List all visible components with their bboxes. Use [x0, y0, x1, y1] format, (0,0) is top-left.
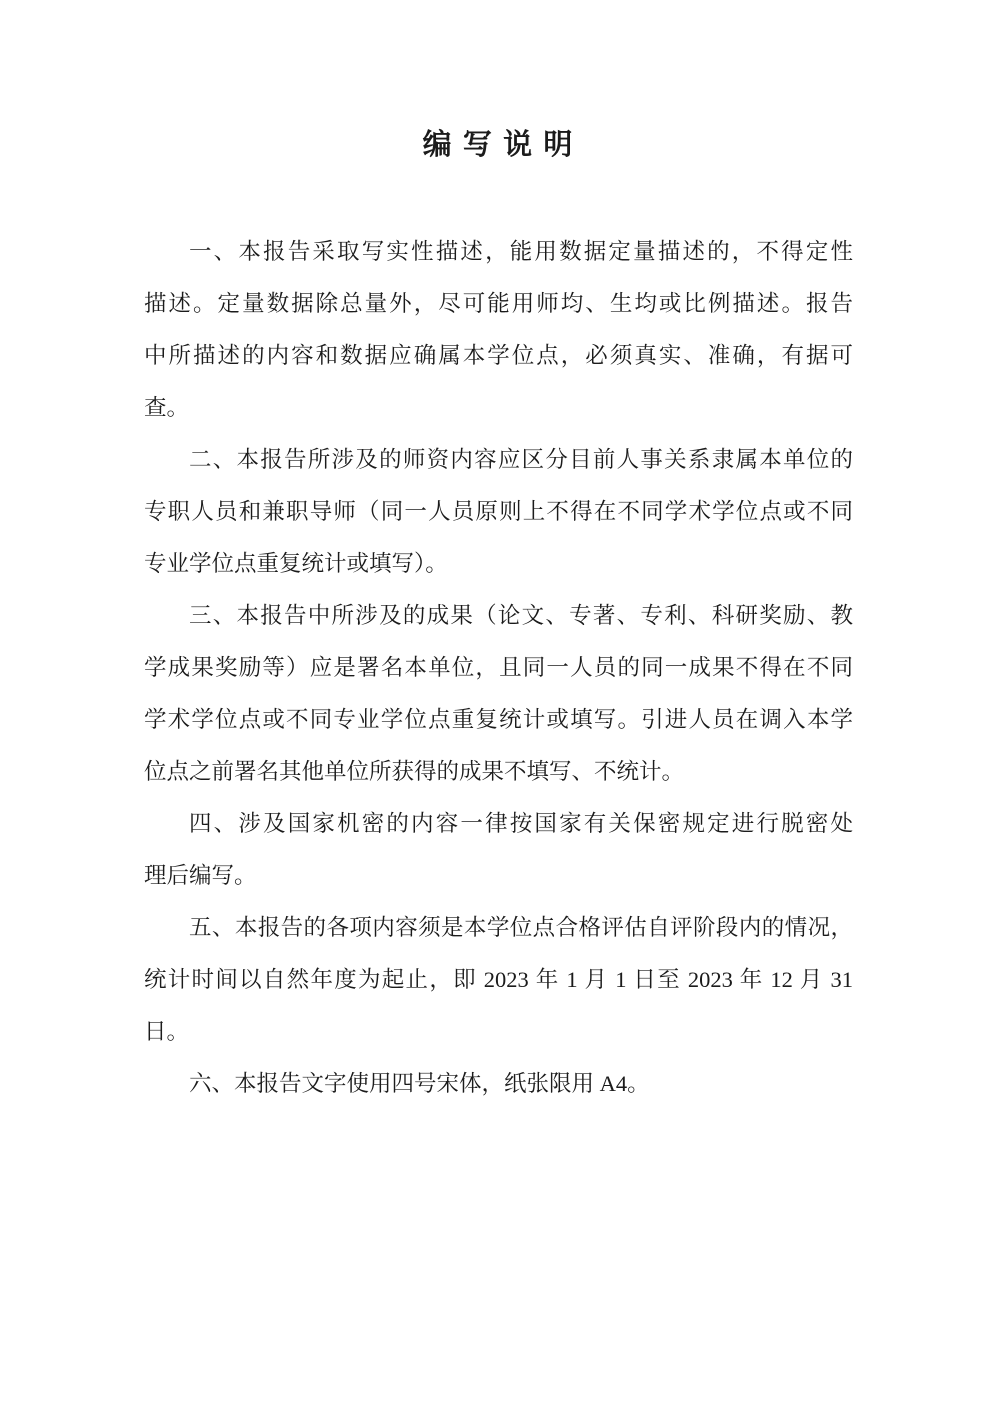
text-line: 学术学位点或不同专业学位点重复统计或填写。引进人员在调入本学: [144, 694, 853, 746]
text-line: 中所描述的内容和数据应确属本学位点，必须真实、准确，有据可: [144, 330, 853, 382]
text-line: 六、本报告文字使用四号宋体，纸张限用 A4。: [144, 1058, 853, 1110]
text-line: 学成果奖励等）应是署名本单位，且同一人员的同一成果不得在不同: [144, 642, 853, 694]
document-body: 一、本报告采取写实性描述，能用数据定量描述的，不得定性 描述。定量数据除总量外，…: [144, 226, 853, 1110]
text-line: 专业学位点重复统计或填写）。: [144, 538, 853, 590]
page-title: 编 写 说 明: [144, 126, 853, 164]
text-line: 统计时间以自然年度为起止，即 2023 年 1 月 1 日至 2023 年 12…: [144, 954, 853, 1006]
document-page: 编 写 说 明 一、本报告采取写实性描述，能用数据定量描述的，不得定性 描述。定…: [0, 0, 999, 1414]
text-line: 查。: [144, 382, 853, 434]
paragraph-4: 四、涉及国家机密的内容一律按国家有关保密规定进行脱密处 理后编写。: [144, 798, 853, 902]
paragraph-2: 二、本报告所涉及的师资内容应区分目前人事关系隶属本单位的 专职人员和兼职导师（同…: [144, 434, 853, 590]
text-line: 四、涉及国家机密的内容一律按国家有关保密规定进行脱密处: [144, 798, 853, 850]
text-line: 三、本报告中所涉及的成果（论文、专著、专利、科研奖励、教: [144, 590, 853, 642]
text-line: 专职人员和兼职导师（同一人员原则上不得在不同学术学位点或不同: [144, 486, 853, 538]
text-line: 一、本报告采取写实性描述，能用数据定量描述的，不得定性: [144, 226, 853, 278]
paragraph-6: 六、本报告文字使用四号宋体，纸张限用 A4。: [144, 1058, 853, 1110]
paragraph-3: 三、本报告中所涉及的成果（论文、专著、专利、科研奖励、教 学成果奖励等）应是署名…: [144, 590, 853, 798]
text-line: 理后编写。: [144, 850, 853, 902]
paragraph-1: 一、本报告采取写实性描述，能用数据定量描述的，不得定性 描述。定量数据除总量外，…: [144, 226, 853, 434]
text-line: 日。: [144, 1006, 853, 1058]
text-line: 五、本报告的各项内容须是本学位点合格评估自评阶段内的情况，: [144, 902, 853, 954]
text-line: 二、本报告所涉及的师资内容应区分目前人事关系隶属本单位的: [144, 434, 853, 486]
text-line: 位点之前署名其他单位所获得的成果不填写、不统计。: [144, 746, 853, 798]
paragraph-5: 五、本报告的各项内容须是本学位点合格评估自评阶段内的情况， 统计时间以自然年度为…: [144, 902, 853, 1058]
text-line: 描述。定量数据除总量外，尽可能用师均、生均或比例描述。报告: [144, 278, 853, 330]
